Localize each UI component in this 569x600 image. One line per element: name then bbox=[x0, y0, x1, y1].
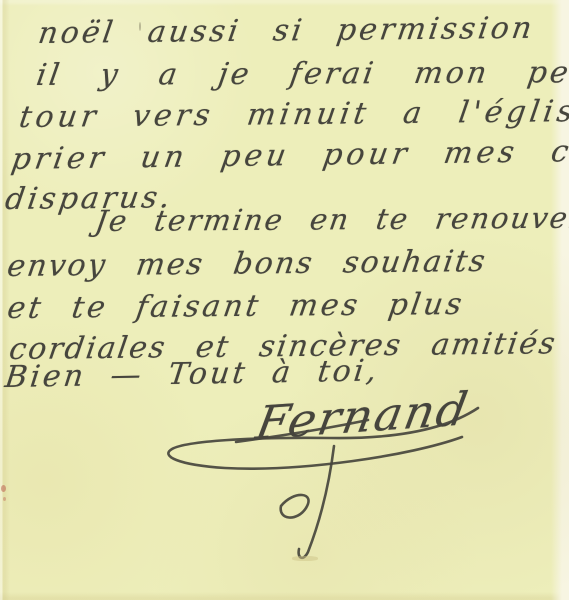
letter-line: il y a je ferai mon petit bbox=[34, 55, 569, 93]
paper-fold-mark bbox=[292, 556, 318, 561]
paper-speck bbox=[1, 485, 6, 492]
letter-line: Je termine en te renouvellant bbox=[93, 200, 569, 238]
signature: Fernand bbox=[252, 382, 474, 450]
letter-line: et te faisant mes plus bbox=[5, 287, 467, 326]
letter-line: noël aussi si permission bbox=[36, 11, 537, 51]
letter-page: noël aussi si permission il y a je ferai… bbox=[0, 0, 569, 600]
paper-speck bbox=[3, 497, 6, 501]
letter-line: Bien — Tout à toi, bbox=[3, 353, 381, 395]
letter-line: prier un peu pour mes chers bbox=[9, 133, 569, 177]
letter-line: envoy mes bons souhaits bbox=[5, 244, 489, 284]
paper-scratch bbox=[139, 22, 141, 31]
letter-line: tour vers minuit a l'église bbox=[17, 94, 569, 135]
